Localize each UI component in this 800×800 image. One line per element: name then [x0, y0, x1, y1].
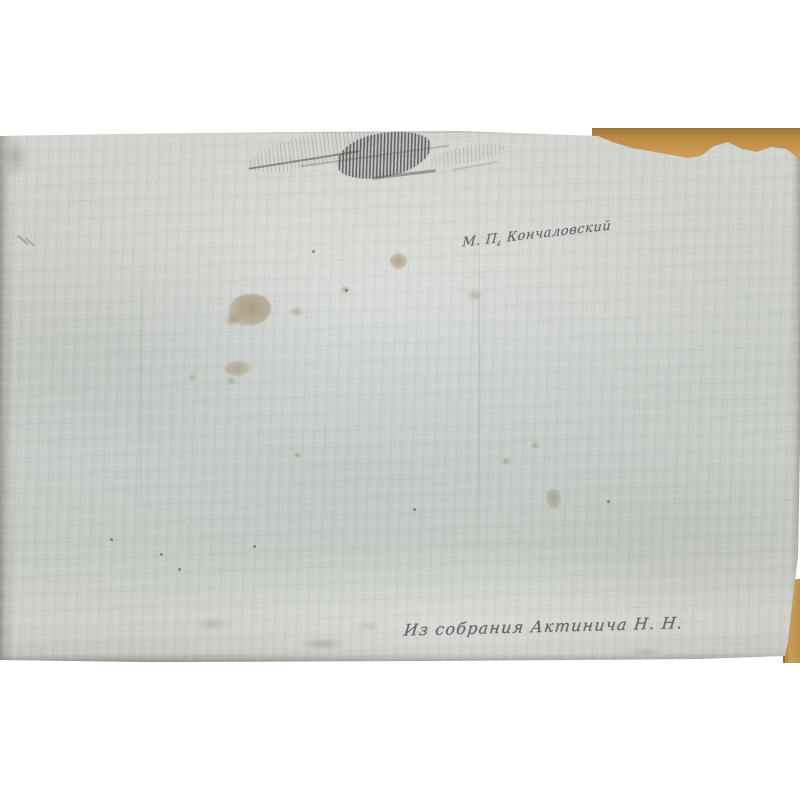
stain-spot [468, 290, 482, 301]
speck [110, 538, 113, 541]
speck [413, 508, 416, 511]
grey-smudge [300, 639, 346, 649]
stain-spot [225, 361, 249, 376]
pencil-smudge [2, 137, 28, 177]
grey-smudge [630, 649, 660, 655]
speck [160, 553, 163, 556]
crease-line [140, 207, 142, 587]
speck [178, 568, 181, 571]
stain-spot [290, 307, 303, 316]
stain-spot [531, 442, 539, 449]
speck [312, 250, 315, 253]
paper-surface: М. П. Кончаловский Из собрания Актинича … [0, 127, 800, 663]
grey-smudge [195, 619, 229, 629]
stain-spot [294, 452, 301, 458]
artwork-back-photo: М. П. Кончаловский Из собрания Актинича … [0, 127, 800, 663]
stain-spot [188, 374, 197, 381]
speck [253, 545, 256, 548]
stain-spot [227, 377, 236, 385]
grey-smudge [355, 622, 381, 630]
stain-spot [502, 458, 510, 465]
stain-spot [225, 313, 240, 326]
crease-line [478, 187, 480, 607]
stain-spot [390, 253, 407, 269]
speck [345, 289, 348, 292]
paper-texture [0, 127, 800, 663]
stain-spot [546, 489, 561, 508]
speck [607, 500, 610, 503]
